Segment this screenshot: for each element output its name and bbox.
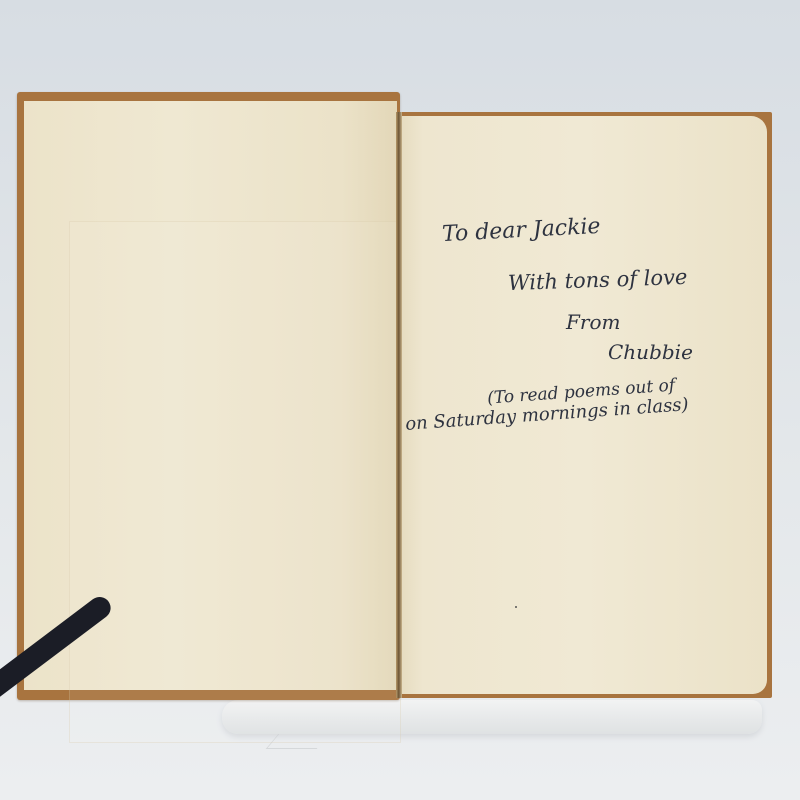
book-gutter: [396, 112, 402, 698]
inscription-line-3: From: [566, 310, 620, 334]
ink-speck: [515, 606, 517, 608]
left-endpaper: [24, 101, 397, 690]
inscription-line-4: Chubbie: [608, 340, 693, 364]
endpaper-panel: [69, 221, 401, 743]
